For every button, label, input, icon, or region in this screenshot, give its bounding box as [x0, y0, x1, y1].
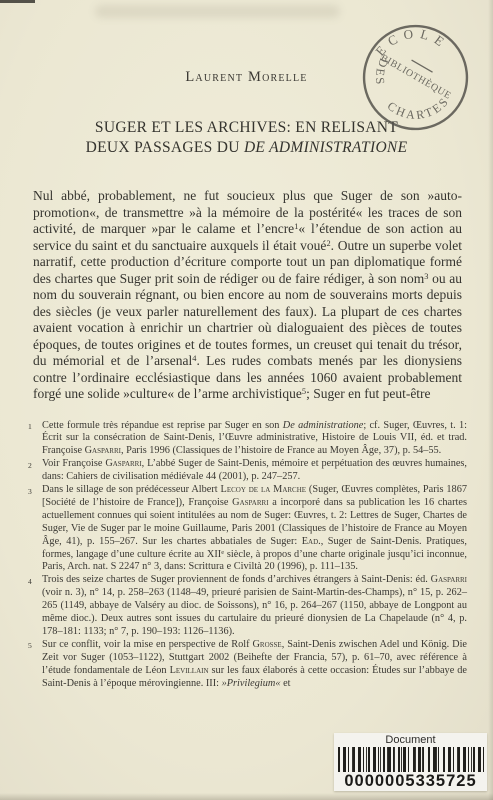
scan-artifact-line: [0, 0, 35, 3]
footnote-number: 1: [28, 420, 42, 459]
footnote-1: 1 Cette formule très répandue est repris…: [28, 420, 467, 459]
footnote-number: 4: [28, 574, 42, 639]
footnote-text: Trois des seize chartes de Suger provien…: [42, 574, 467, 639]
scanned-page: ECOLE DES CHARTES BIBLIOTHÈQUE Laurent M…: [0, 0, 493, 800]
stamp-text-middle: BIBLIOTHÈQUE: [378, 52, 453, 102]
title-line-2-roman: DEUX PASSAGES DU: [86, 139, 244, 156]
barcode-number: 0000005335725: [344, 772, 476, 791]
page-edge-shade-right: [488, 0, 493, 800]
barcode-sticker: Document 0000005335725: [334, 733, 487, 791]
footnote-3: 3 Dans le sillage de son prédécesseur Al…: [28, 484, 467, 574]
footnotes-section: 1 Cette formule très répandue est repris…: [28, 420, 467, 691]
body-paragraph: Nul abbé, probablement, ne fut soucieux …: [33, 188, 462, 403]
library-stamp: ECOLE DES CHARTES BIBLIOTHÈQUE: [357, 19, 474, 136]
footnote-number: 5: [28, 639, 42, 691]
footnote-number: 3: [28, 484, 42, 574]
footnote-text: Cette formule très répandue est reprise …: [42, 420, 467, 459]
barcode-label-text: Document: [385, 734, 435, 747]
footnote-2: 2 Voir Françoise Gasparri, L’abbé Suger …: [28, 458, 467, 484]
title-line-2-italic: DE ADMINISTRATIONE: [244, 139, 407, 156]
footnote-5: 5 Sur ce conflit, voir la mise en perspe…: [28, 639, 467, 691]
page-edge-shadow: [0, 793, 493, 800]
scan-artifact-smudge: [95, 5, 340, 18]
title-line-2: DEUX PASSAGES DU DE ADMINISTRATIONE: [86, 139, 408, 156]
footnote-text: Dans le sillage de son prédécesseur Albe…: [42, 484, 467, 574]
barcode-icon: [338, 747, 484, 772]
stamp-middle-group: BIBLIOTHÈQUE: [378, 46, 456, 102]
footnote-number: 2: [28, 458, 42, 484]
footnote-text: Sur ce conflit, voir la mise en perspect…: [42, 639, 467, 691]
footnote-4: 4 Trois des seize chartes de Suger provi…: [28, 574, 467, 639]
footnote-text: Voir Françoise Gasparri, L’abbé Suger de…: [42, 458, 467, 484]
title-line-1: SUGER ET LES ARCHIVES: EN RELISANT: [95, 119, 398, 136]
